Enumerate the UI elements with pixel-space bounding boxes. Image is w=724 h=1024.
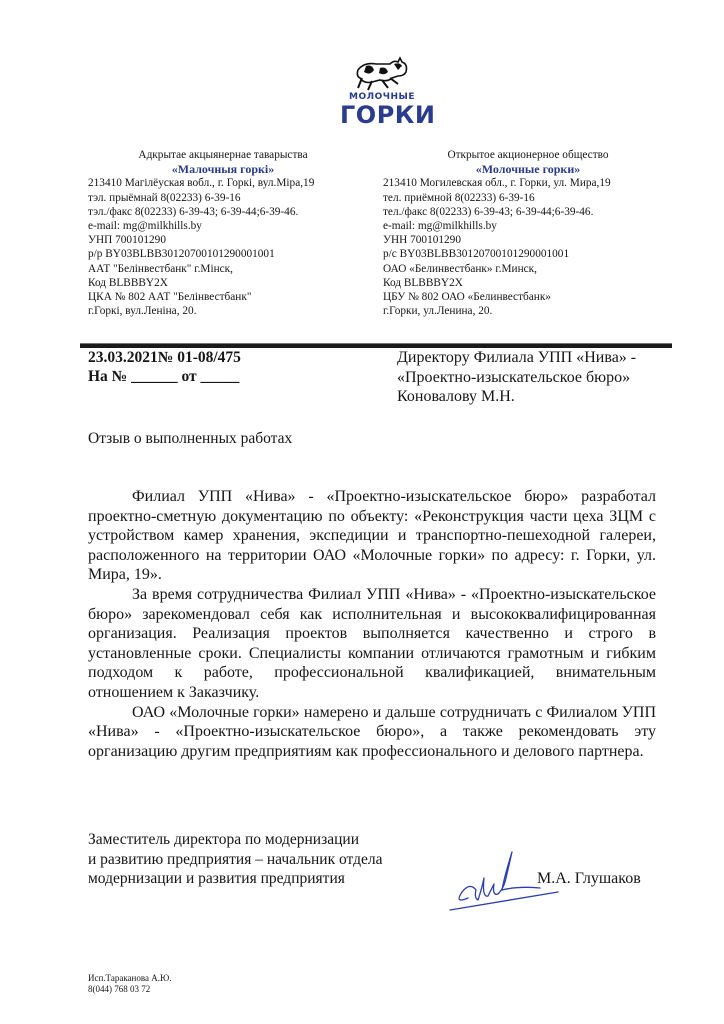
letter-subject: Отзыв о выполненных работах: [88, 430, 292, 448]
requisites-russian: Открытое акционерное общество «Молочные …: [383, 148, 673, 318]
reception-phone: тэл. прыёмнай 8(02233) 6-39-16: [88, 191, 358, 205]
registration-block: 23.03.2021№ 01-08/475 На № ______ от ___…: [88, 348, 241, 386]
tax-id: УНП 700101290: [88, 233, 358, 247]
bank-name: ОАО «Белинвестбанк» г.Минск,: [383, 262, 673, 276]
signer-name: М.А. Глушаков: [537, 870, 641, 888]
bank-account: р/р BY03BLBB30120700101290001001: [88, 247, 358, 261]
bank-address: г.Горкі, вул.Леніна, 20.: [88, 304, 358, 318]
org-type: Открытое акционерное общество: [383, 148, 673, 162]
org-type: Адкрытае акцыянернае таварыства: [88, 148, 358, 162]
date-number: 23.03.2021№ 01-08/475: [88, 348, 241, 367]
logo-text-big: ГОРКИ: [340, 102, 424, 128]
fax: тел./факс 8(02233) 6-39-43; 6-39-44;6-39…: [383, 205, 673, 219]
address: 213410 Могилевская обл., г. Горки, ул. М…: [383, 176, 673, 190]
executor-name: Исп.Тараканова А.Ю.: [88, 973, 172, 984]
cow-icon: [354, 56, 410, 92]
body-paragraph: За время сотрудничества Филиал УПП «Нива…: [88, 585, 656, 703]
bank-address: г.Горки, ул.Ленина, 20.: [383, 304, 673, 318]
reception-phone: тел. приёмной 8(02233) 6-39-16: [383, 191, 673, 205]
bank-code: Код BLBBBY2X: [88, 276, 358, 290]
requisites-belarusian: Адкрытае акцыянернае таварыства «Малочны…: [88, 148, 358, 318]
body-paragraph: ОАО «Молочные горки» намерено и дальше с…: [88, 703, 656, 762]
executor-footer: Исп.Тараканова А.Ю. 8(044) 768 03 72: [88, 973, 172, 995]
body-paragraph: Филиал УПП «Нива» - «Проектно-изыскатель…: [88, 487, 656, 585]
tax-id: УНН 700101290: [383, 233, 673, 247]
addressee-line: Директору Филиала УПП «Нива» -: [397, 348, 636, 368]
addressee-line: Коновалову М.Н.: [397, 387, 636, 407]
bank-branch: ЦБУ № 802 ОАО «Белинвестбанк»: [383, 290, 673, 304]
signatory-position: Заместитель директора по модернизации и …: [88, 830, 383, 889]
addressee-block: Директору Филиала УПП «Нива» - «Проектно…: [397, 348, 636, 407]
reply-reference: На № ______ от _____: [88, 367, 241, 386]
position-line: и развитию предприятия – начальник отдел…: [88, 850, 383, 870]
email: e-mail: mg@milkhills.by: [383, 219, 673, 233]
bank-branch: ЦКА № 802 ААТ "Белінвестбанк": [88, 290, 358, 304]
addressee-line: «Проектно-изыскательское бюро»: [397, 368, 636, 388]
company-logo: МОЛОЧНЫЕ ГОРКИ: [340, 52, 424, 132]
executor-phone: 8(044) 768 03 72: [88, 984, 172, 995]
org-name: «Молочные горки»: [383, 162, 673, 176]
bank-name: ААТ "Белінвестбанк" г.Мінск,: [88, 262, 358, 276]
position-line: Заместитель директора по модернизации: [88, 830, 383, 850]
position-line: модернизации и развития предприятия: [88, 869, 383, 889]
email: e-mail: mg@milkhills.by: [88, 219, 358, 233]
address: 213410 Магілёуская вобл., г. Горкі, вул.…: [88, 176, 358, 190]
fax: тэл./факс 8(02233) 6-39-43; 6-39-44;6-39…: [88, 205, 358, 219]
org-name: «Малочныя горкі»: [88, 162, 358, 176]
bank-code: Код BLBBBY2X: [383, 276, 673, 290]
bank-account: р/с BY03BLBB30120700101290001001: [383, 247, 673, 261]
letter-body: Филиал УПП «Нива» - «Проектно-изыскатель…: [88, 487, 656, 761]
